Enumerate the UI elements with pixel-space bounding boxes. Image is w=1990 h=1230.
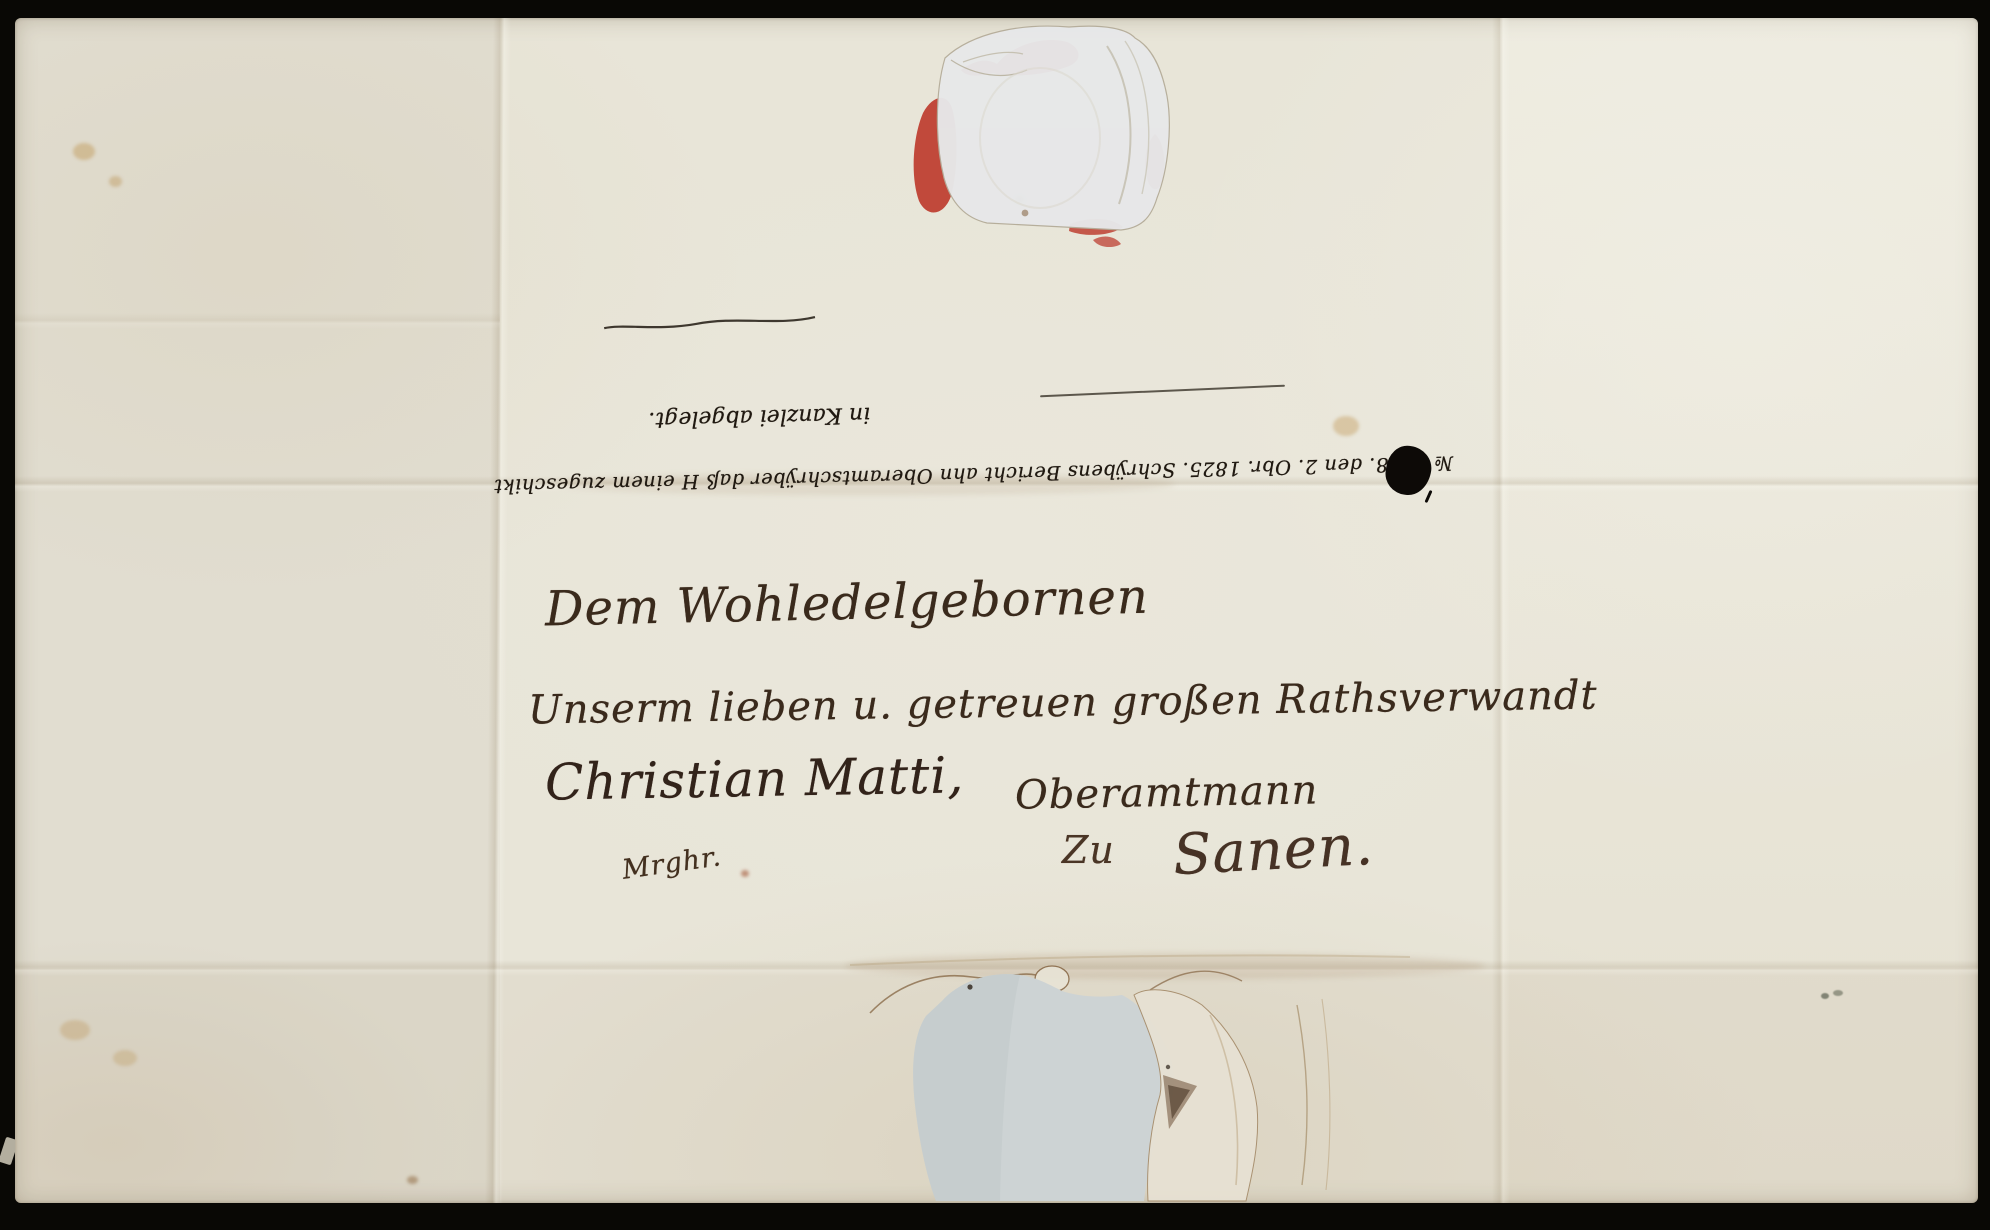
crease-boundary (850, 955, 1410, 965)
registry-line2: in Kanzlei abgelegt. (648, 382, 1456, 436)
vertical-fold-left (485, 18, 511, 1203)
letter-paper: № 2298. den 2. Obr. 1825. Schrÿbens Beri… (15, 18, 1978, 1203)
registry-line1: № 2298. den 2. Obr. 1825. Schrÿbens Beri… (591, 443, 1453, 504)
dark-speck (1821, 993, 1829, 999)
fox-spot (113, 1050, 137, 1066)
registry-note: № 2298. den 2. Obr. 1825. Schrÿbens Beri… (588, 279, 1458, 515)
brown-speck (407, 1176, 418, 1184)
left-panel-crease (15, 313, 500, 329)
red-speck (741, 870, 749, 877)
right-crease (1297, 1005, 1307, 1185)
tear-speck (1166, 1065, 1170, 1069)
tear-speck (967, 984, 972, 989)
dark-speck (1833, 990, 1843, 996)
address-recipient-title: Oberamtmann (1015, 767, 1319, 818)
address-place: Sanen. (1171, 813, 1375, 888)
registry-flourish (600, 312, 818, 333)
wax-curl-bottom (1093, 237, 1121, 248)
tear-outline-top (1150, 971, 1242, 990)
right-crease (1322, 999, 1330, 1190)
torn-counterseal (850, 935, 1410, 1203)
address-recipient-name: Christian Matti, (545, 746, 965, 811)
patch-dot (1022, 210, 1029, 217)
address-side-note: Mrghr. (620, 841, 723, 886)
right-column-shading (1500, 18, 1978, 1203)
address-salutation: Unserm lieben u. getreuen großen Rathsve… (528, 673, 1598, 734)
vertical-fold-right (1492, 18, 1510, 1203)
scan-photo: № 2298. den 2. Obr. 1825. Schrÿbens Beri… (0, 0, 1990, 1230)
fox-spot (73, 143, 95, 160)
address-preposition: Zu (1062, 828, 1115, 872)
address-honorific: Dem Wohledelgebornen (544, 569, 1149, 638)
wax-seal-remnant (855, 18, 1295, 253)
fox-spot (109, 176, 122, 187)
fox-spot (60, 1020, 90, 1040)
